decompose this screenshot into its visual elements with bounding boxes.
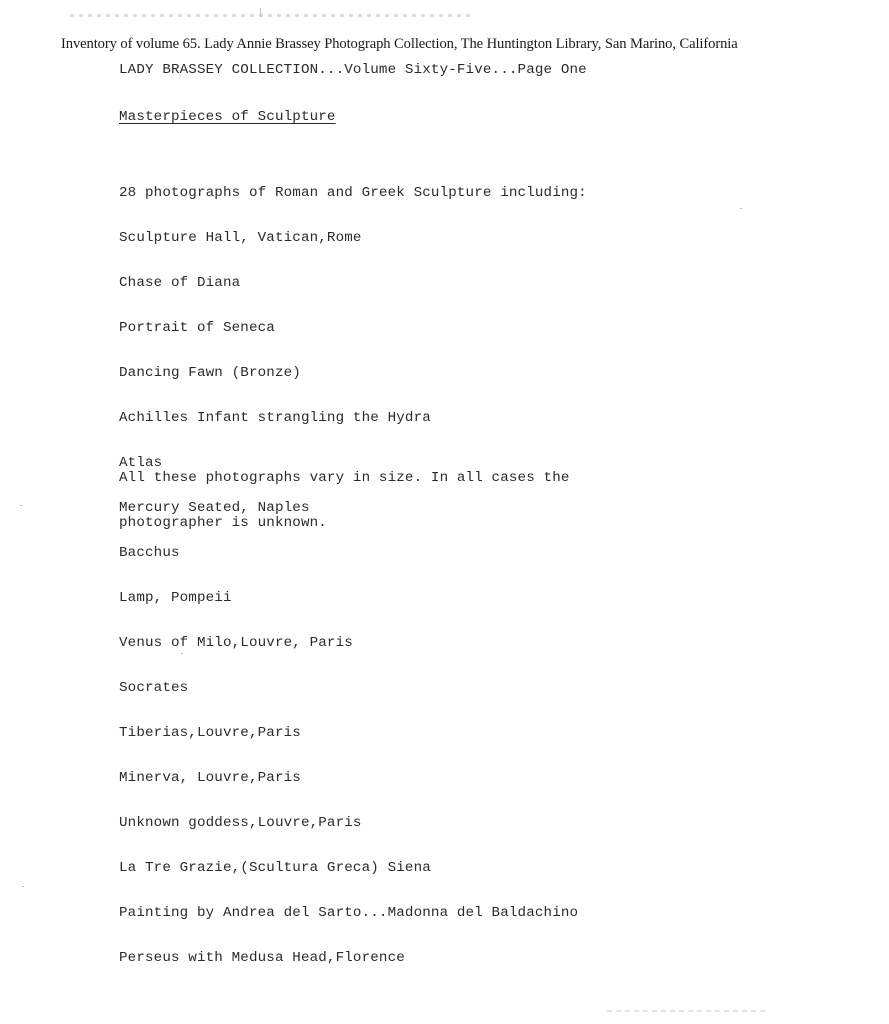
list-item: Achilles Infant strangling the Hydra: [119, 411, 587, 426]
scan-artifact-bottom: [607, 1010, 767, 1012]
scan-speck: [20, 505, 22, 506]
list-item: Bacchus: [119, 546, 587, 561]
list-item: Minerva, Louvre,Paris: [119, 771, 587, 786]
list-item: Portrait of Seneca: [119, 321, 587, 336]
inventory-list: 28 photographs of Roman and Greek Sculpt…: [119, 156, 587, 981]
scan-artifact-top: [70, 14, 470, 17]
section-title: Masterpieces of Sculpture: [119, 110, 336, 125]
list-item: Perseus with Medusa Head,Florence: [119, 951, 587, 966]
page-header: LADY BRASSEY COLLECTION...Volume Sixty-F…: [119, 63, 587, 78]
list-item: Sculpture Hall, Vatican,Rome: [119, 231, 587, 246]
list-item: Painting by Andrea del Sarto...Madonna d…: [119, 906, 587, 921]
list-item: Lamp, Pompeii: [119, 591, 587, 606]
list-item: Tiberias,Louvre,Paris: [119, 726, 587, 741]
list-item: La Tre Grazie,(Scultura Greca) Siena: [119, 861, 587, 876]
list-item: Dancing Fawn (Bronze): [119, 366, 587, 381]
list-item: Chase of Diana: [119, 276, 587, 291]
scan-speck: [22, 886, 24, 887]
note-line: photographer is unknown.: [119, 516, 570, 531]
intro-line: 28 photographs of Roman and Greek Sculpt…: [119, 186, 587, 201]
closing-note: All these photographs vary in size. In a…: [119, 441, 570, 546]
list-item: Venus of Milo,Louvre, Paris: [119, 636, 587, 651]
list-item: Unknown goddess,Louvre,Paris: [119, 816, 587, 831]
list-item: Socrates: [119, 681, 587, 696]
scan-speck: [181, 653, 183, 654]
note-line: All these photographs vary in size. In a…: [119, 471, 570, 486]
scan-speck: [740, 208, 742, 209]
document-caption: Inventory of volume 65. Lady Annie Brass…: [61, 36, 861, 53]
